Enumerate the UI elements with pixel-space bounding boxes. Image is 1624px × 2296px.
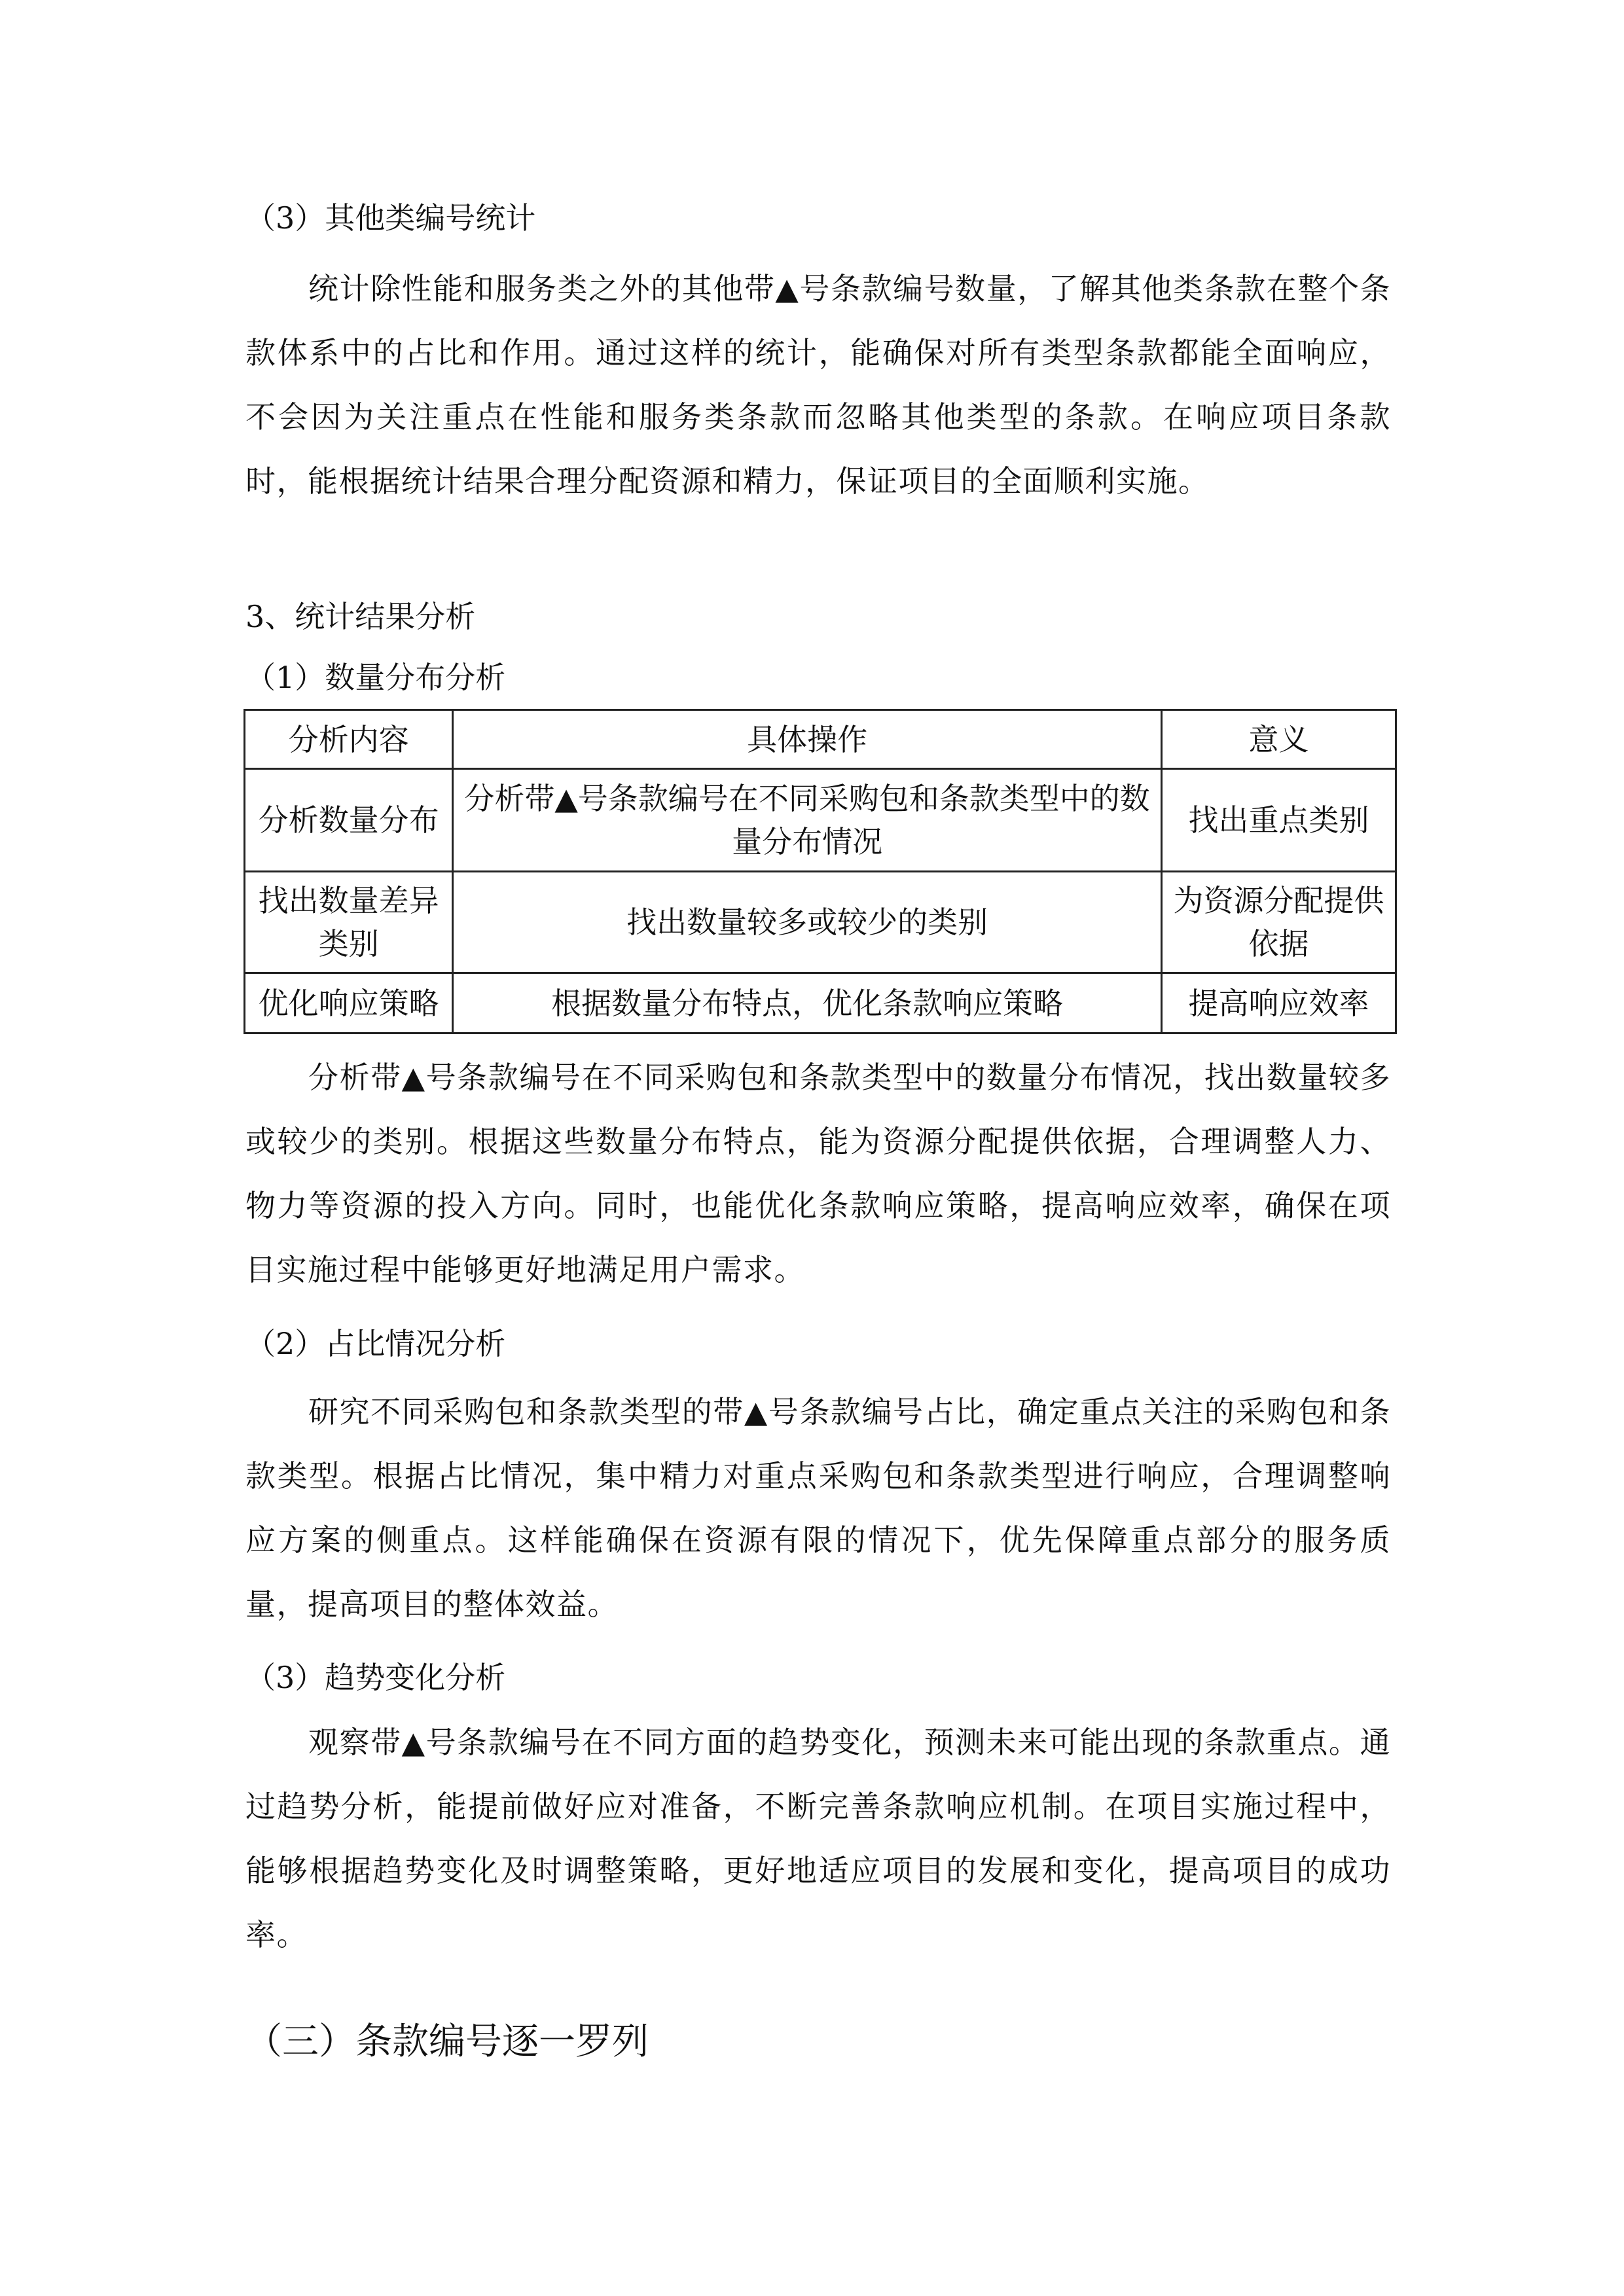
- table-cell: 提高响应效率: [1161, 973, 1396, 1033]
- subheading-quantity-distribution: （1）数量分布分析: [245, 658, 505, 697]
- table-cell: 分析数量分布: [245, 769, 453, 872]
- paragraph-other-stats: 统计除性能和服务类之外的其他带▲号条款编号数量，了解其他类条款在整个条款体系中的…: [245, 257, 1391, 513]
- paragraph-proportion-analysis: 研究不同采购包和条款类型的带▲号条款编号占比，确定重点关注的采购包和条款类型。根…: [245, 1380, 1391, 1636]
- heading-result-analysis: 3、统计结果分析: [245, 597, 475, 636]
- table-row: 优化响应策略 根据数量分布特点，优化条款响应策略 提高响应效率: [245, 973, 1396, 1033]
- table-cell: 根据数量分布特点，优化条款响应策略: [453, 973, 1162, 1033]
- analysis-table: 分析内容 具体操作 意义 分析数量分布 分析带▲号条款编号在不同采购包和条款类型…: [244, 709, 1397, 1034]
- section-heading-clause-listing: （三）条款编号逐一罗列: [245, 2019, 649, 2065]
- table-header-cell: 分析内容: [245, 710, 453, 769]
- table-cell: 找出重点类别: [1161, 769, 1396, 872]
- table-cell: 分析带▲号条款编号在不同采购包和条款类型中的数量分布情况: [453, 769, 1162, 872]
- subheading-proportion-analysis: （2）占比情况分析: [245, 1324, 505, 1363]
- table-row: 找出数量差异类别 找出数量较多或较少的类别 为资源分配提供依据: [245, 872, 1396, 973]
- paragraph-quantity-distribution: 分析带▲号条款编号在不同采购包和条款类型中的数量分布情况，找出数量较多或较少的类…: [245, 1045, 1391, 1302]
- table-cell: 优化响应策略: [245, 973, 453, 1033]
- table-cell: 为资源分配提供依据: [1161, 872, 1396, 973]
- table-header-cell: 意义: [1161, 710, 1396, 769]
- subheading-trend-analysis: （3）趋势变化分析: [245, 1658, 505, 1697]
- section-heading-other-stats: （3）其他类编号统计: [245, 198, 535, 238]
- table-header-cell: 具体操作: [453, 710, 1162, 769]
- table-cell: 找出数量较多或较少的类别: [453, 872, 1162, 973]
- paragraph-trend-analysis: 观察带▲号条款编号在不同方面的趋势变化，预测未来可能出现的条款重点。通过趋势分析…: [245, 1710, 1391, 1967]
- table-row: 分析数量分布 分析带▲号条款编号在不同采购包和条款类型中的数量分布情况 找出重点…: [245, 769, 1396, 872]
- table-cell: 找出数量差异类别: [245, 872, 453, 973]
- table-header-row: 分析内容 具体操作 意义: [245, 710, 1396, 769]
